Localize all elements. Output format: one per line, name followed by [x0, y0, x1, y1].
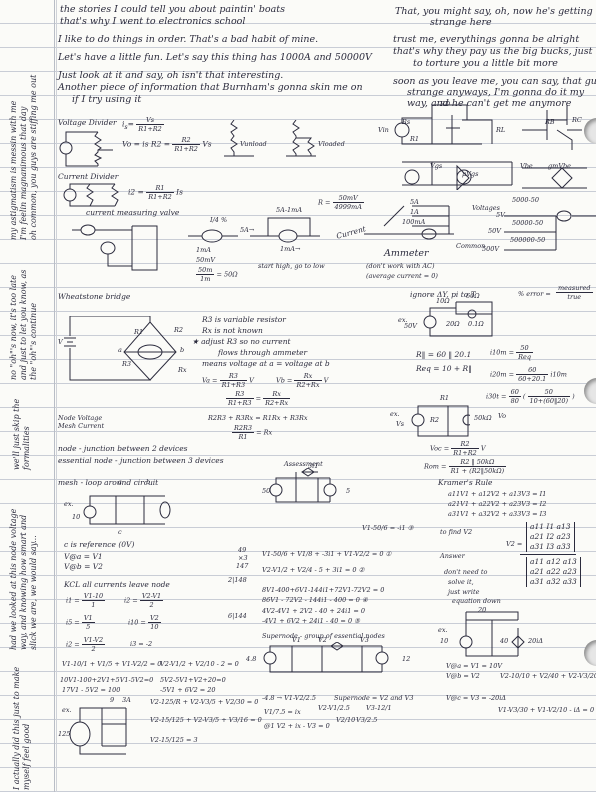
- label: 50mV: [196, 256, 215, 264]
- binder-hole: [584, 640, 596, 666]
- label: 500000-50: [510, 236, 545, 244]
- section-title: Node Voltage: [58, 414, 102, 422]
- fraction-bar: [520, 554, 576, 555]
- section-title: Wheatstone bridge: [58, 292, 130, 301]
- note: KCL all currents leave node: [64, 580, 170, 589]
- label: Current: [335, 224, 366, 240]
- label: R1: [410, 135, 419, 143]
- label: (average current = 0): [366, 272, 438, 280]
- label: c: [118, 528, 122, 536]
- example4-circuit: [64, 702, 134, 756]
- equation: V2-V1/2 + V2/10 - 2 = 0: [160, 660, 239, 668]
- equation: R2R3R1 = Rx: [232, 424, 272, 441]
- label: ex.: [390, 410, 400, 418]
- supernode-circuit: [262, 642, 402, 676]
- label: 5V: [496, 211, 505, 219]
- note: equation down: [452, 597, 501, 605]
- note: just write: [448, 588, 479, 596]
- equation: V2-125/R + V2-V3/5 + V2/30 = 0: [150, 698, 258, 706]
- meter-symbol: [188, 228, 238, 244]
- equation: V1/7.5 = ix: [264, 708, 301, 716]
- label: 10Ω: [436, 297, 450, 305]
- note: c is reference (0V): [64, 540, 134, 549]
- label: I/4 %: [210, 216, 227, 224]
- amplifier-circuits: [372, 100, 592, 190]
- quote: strange here: [430, 17, 492, 28]
- label: R2: [430, 416, 439, 424]
- scratch: ×3: [238, 554, 248, 562]
- label: 20Ω: [446, 320, 460, 328]
- label: 50kΩ: [474, 414, 492, 422]
- label: 5A→: [240, 226, 254, 234]
- equation: 4V2-4V1 + 2V2 - 40 + 24i1 = 0: [262, 607, 365, 615]
- equation: -4.8 → V1-V2/2.5: [262, 694, 316, 702]
- label: Rx: [178, 366, 187, 374]
- equation: V2-15/125 = 3: [150, 736, 198, 744]
- equation: Req = 10 + R‖: [416, 364, 472, 373]
- label: V1: [292, 636, 301, 644]
- quote: Let's have a little fun. Let's say this …: [58, 52, 372, 63]
- definition: node - junction between 2 devices: [58, 444, 188, 453]
- equation: measuredtrue: [556, 284, 593, 301]
- margin-note: I actually did this just to make: [12, 667, 22, 790]
- label: 5000-50: [512, 196, 539, 204]
- equation: V@a = V1 = 10V: [446, 662, 502, 670]
- equation: a31V1 + a32V2 + a33V3 = I3: [448, 510, 546, 518]
- margin-line: [56, 0, 57, 792]
- equation: 86V1 - 72V2 - 144i1 - 400 = 0 ④: [262, 596, 368, 604]
- quote: that's why I went to electronics school: [60, 16, 245, 27]
- label: Vin: [378, 126, 389, 134]
- label: a: [118, 346, 122, 354]
- margin-note: oh common, you guys are stiffing me out: [29, 75, 39, 240]
- quote: trust me, everythings gonna be alright: [393, 34, 579, 45]
- label: V: [58, 338, 63, 346]
- note: Answer: [440, 552, 465, 560]
- voltage-divider-circuit: [58, 130, 118, 170]
- equation: V2-V1/2.5: [318, 704, 350, 712]
- wheatstone-circuit: [60, 316, 190, 386]
- equation: 5V2-5V1+V2+20=0: [160, 676, 226, 684]
- equation: Voc = R2R1+R2 V: [430, 440, 486, 457]
- quote: That, you might say, oh, now he's gettin…: [395, 6, 593, 17]
- section-title: Ammeter: [384, 248, 428, 259]
- equation: i10m = 50Req: [490, 344, 533, 361]
- label: 10: [440, 637, 448, 645]
- label: 40: [500, 637, 508, 645]
- equation: V@c = V3 = -20iΔ: [446, 694, 506, 702]
- equation: V1-50/6 + V1/8 + -3i1 + V1-V2/2 = 0 ①: [262, 550, 391, 558]
- equation: R2R3 + R3Rx = R1Rx + R3Rx: [208, 414, 308, 422]
- label: 0.1Ω: [468, 320, 484, 328]
- label: 5A: [410, 198, 419, 206]
- section-title: Mesh Current: [58, 422, 104, 430]
- equation: R‖ = 60 ‖ 20.1: [416, 350, 471, 359]
- equation: R3R1+R3 = RxR2+Rx: [226, 390, 290, 407]
- equation: @1 V2 + ix - V3 = 0: [264, 722, 330, 730]
- label: (don't work with AC): [366, 262, 435, 270]
- margin-note: and just to let you know, as: [19, 270, 29, 380]
- label: R3: [122, 360, 131, 368]
- equation: V3-12/1: [366, 704, 392, 712]
- margin-note: my astigmatism is messin with me: [9, 101, 19, 240]
- note: to find V2: [440, 528, 472, 536]
- label: RB: [545, 118, 555, 126]
- equation: i20m = 6060+20.1 i10m: [490, 366, 567, 383]
- scratch: 2|148: [228, 576, 247, 584]
- equation: Va = R3R1+R3 V: [202, 372, 254, 389]
- equation: i2 = V1-V22: [66, 636, 105, 653]
- margin-note: myself feel good: [22, 724, 32, 790]
- definition: essential node - junction between 3 devi…: [58, 456, 224, 465]
- label: current measuring valve: [86, 208, 179, 217]
- label: 100mA: [402, 218, 425, 226]
- quote: to torture you a little bit more: [413, 58, 558, 69]
- equation: is= VsR1+R2: [122, 116, 164, 133]
- label: 20: [478, 606, 486, 614]
- determinant-denominator: a11 a12 a13a21 a22 a23a31 a32 a33: [526, 557, 581, 587]
- assessment-circuit: [268, 468, 348, 508]
- note: % error =: [518, 290, 551, 298]
- quote: if I try using it: [72, 94, 141, 105]
- equation: a11V1 + a12V2 + a13V3 = I1: [448, 490, 546, 498]
- equation: R = 50mV4999mA: [318, 194, 364, 211]
- scratch: 147: [236, 562, 248, 570]
- note: V@a = V1: [64, 552, 103, 561]
- equation: -5V1 + 6V2 = 20: [160, 686, 216, 694]
- label: V2: [318, 636, 327, 644]
- note: means voltage at a = voltage at b: [202, 359, 330, 368]
- label: Vunload: [240, 140, 267, 148]
- label: 5A-1mA: [276, 206, 302, 214]
- current-measuring-circuit: [72, 222, 162, 272]
- label: μVgs: [462, 170, 478, 178]
- note: V@b = V2: [64, 562, 103, 571]
- note: flows through ammeter: [218, 348, 307, 357]
- scratch: 6|144: [228, 612, 247, 620]
- equation: 17V1 - 5V2 = 100: [62, 686, 120, 694]
- example1-circuit: [420, 298, 500, 338]
- label: 1A: [410, 208, 419, 216]
- equation: V@b = V2: [446, 672, 480, 680]
- equation: 10V1-100+2V1+5V1-5V2=0: [60, 676, 153, 684]
- label: ex.: [438, 626, 448, 634]
- equation: V1-10/1 + V1/5 + V1-V2/2 = 0: [62, 660, 161, 668]
- margin-note: way, and knowing how smart and: [19, 515, 29, 650]
- label: 3i1: [308, 462, 318, 470]
- section-title: Supernode = V2 and V3: [334, 694, 413, 702]
- label: Rs: [402, 118, 410, 126]
- label: 125: [58, 730, 70, 738]
- equation: V3/2.5: [356, 716, 377, 724]
- example2-circuit: [410, 402, 470, 438]
- label: gmVbe: [548, 162, 571, 170]
- label: Vloaded: [318, 140, 345, 148]
- label: Vgs: [430, 162, 442, 170]
- section-title: Kramer's Rule: [438, 478, 492, 487]
- label: Vo: [498, 412, 506, 420]
- label: 60Ω: [466, 292, 480, 300]
- note: solve it,: [448, 578, 474, 586]
- label: 50V: [488, 227, 501, 235]
- margin-note: formalities: [22, 426, 32, 470]
- label: 12: [402, 655, 410, 663]
- label: ex.: [64, 500, 74, 508]
- quote: soon as you leave me, you can say, that …: [393, 76, 596, 87]
- margin-line: [54, 0, 55, 792]
- shunt-circuit: [250, 208, 320, 248]
- binder-hole: [584, 378, 596, 404]
- equation: V2/10: [336, 716, 355, 724]
- section-title: Voltage Divider: [58, 118, 117, 127]
- equation: V2 =: [506, 540, 522, 548]
- scratch: 49: [238, 546, 246, 554]
- equation: i1 = V1-101: [66, 592, 105, 609]
- label: 1mA→: [280, 245, 300, 253]
- label: start high, go to low: [258, 262, 325, 270]
- equation: Vo = is R2 = R2R1+R2 Vs: [122, 136, 212, 153]
- margin-note: slick we are, we would say...: [29, 535, 39, 650]
- quote: Another piece of information that Burnha…: [58, 82, 363, 93]
- quote: the stories I could tell you about paint…: [60, 4, 285, 15]
- label: a: [118, 478, 122, 486]
- equation: i2 = R1R1+R2 Is: [128, 184, 183, 201]
- node-example-circuit: [80, 492, 180, 528]
- example3-circuit: [456, 610, 536, 660]
- equation: V2-15/125 + V2-V3/5 + V3/16 = 0: [150, 716, 262, 724]
- equation: a21V1 + a22V2 + a23V3 = I2: [448, 500, 546, 508]
- equation: V1-50/6 = -i1 ③: [362, 524, 414, 532]
- equation: Rom = R2 ‖ 50kΩR1 + (R2‖50kΩ): [424, 458, 506, 475]
- label: 500V: [482, 245, 499, 253]
- notebook-page: my astigmatism is messin with me I'm fee…: [0, 0, 596, 792]
- quote: strange anyways, I'm gonna do it my: [407, 87, 584, 98]
- label: 5: [346, 487, 350, 495]
- definition: mesh - loop around circuit: [58, 478, 158, 487]
- equation: -4V1 + 6V2 + 24i1 - 40 = 0 ⑤: [262, 617, 360, 625]
- equation: 50m1m = 50Ω: [196, 266, 238, 283]
- margin-note: we'll just skip the: [12, 399, 22, 470]
- note: Rx is not known: [202, 326, 263, 335]
- label: RL: [496, 126, 505, 134]
- equation: i10 = V210: [128, 614, 161, 631]
- note: ★ adjust R3 so no current: [192, 337, 291, 346]
- label: Vbe: [520, 162, 533, 170]
- margin-note: no "oh"'s now, it's too late: [9, 275, 19, 380]
- equation: i30t = 6080 ( 5010+(60‖20) ): [486, 388, 575, 405]
- note: R3 is variable resistor: [202, 315, 286, 324]
- equation: V2-10/10 + V2/40 + V2-V3/20: [500, 672, 596, 680]
- label: 20iΔ: [528, 637, 543, 645]
- label: 1mA: [196, 246, 211, 254]
- determinant-numerator: a11 I1 a13a21 I2 a23a31 I3 a33: [526, 522, 575, 552]
- label: Vs: [396, 420, 404, 428]
- equation: i5 = V15: [66, 614, 95, 631]
- label: 50: [262, 487, 270, 495]
- quote: I like to do things in order. That's a b…: [58, 34, 318, 45]
- label: b: [146, 478, 150, 486]
- label: RD: [440, 100, 450, 108]
- label: V3: [360, 636, 369, 644]
- label: RC: [572, 116, 582, 124]
- note: don't need to: [444, 568, 487, 576]
- current-divider-circuit: [60, 180, 120, 210]
- margin-note: I'm feelin magnanimous that day: [19, 107, 29, 240]
- label: 4.8: [246, 655, 256, 663]
- equation: Vb = RxR2+Rx V: [276, 372, 328, 389]
- equation: i3 = -2: [130, 640, 152, 648]
- equation: 8V1-400+6V1-144i1+72V1-72V2 = 0: [262, 586, 384, 594]
- label: 10: [72, 513, 80, 521]
- margin-note: had we looked at this node voltage: [9, 509, 19, 650]
- margin-note: the "oh"'s continue: [29, 303, 39, 380]
- label: b: [180, 346, 184, 354]
- quote: that's why they pay us the big bucks, ju…: [393, 46, 592, 57]
- label: R2: [174, 326, 183, 334]
- label: R1: [134, 328, 143, 336]
- quote: Just look at it and say, oh isn't that i…: [58, 70, 283, 81]
- equation: V1-V3/30 + V1-V2/10 - iΔ = 0: [498, 706, 594, 714]
- label: 3A: [122, 696, 131, 704]
- equation: V2-V1/2 + V2/4 - 5 + 3i1 = 0 ②: [262, 566, 364, 574]
- equation: i2 = V2-V12: [124, 592, 163, 609]
- label: R1: [440, 394, 449, 402]
- label: 50V: [404, 322, 417, 330]
- label: 9: [110, 696, 114, 704]
- label: 50000-50: [512, 219, 543, 227]
